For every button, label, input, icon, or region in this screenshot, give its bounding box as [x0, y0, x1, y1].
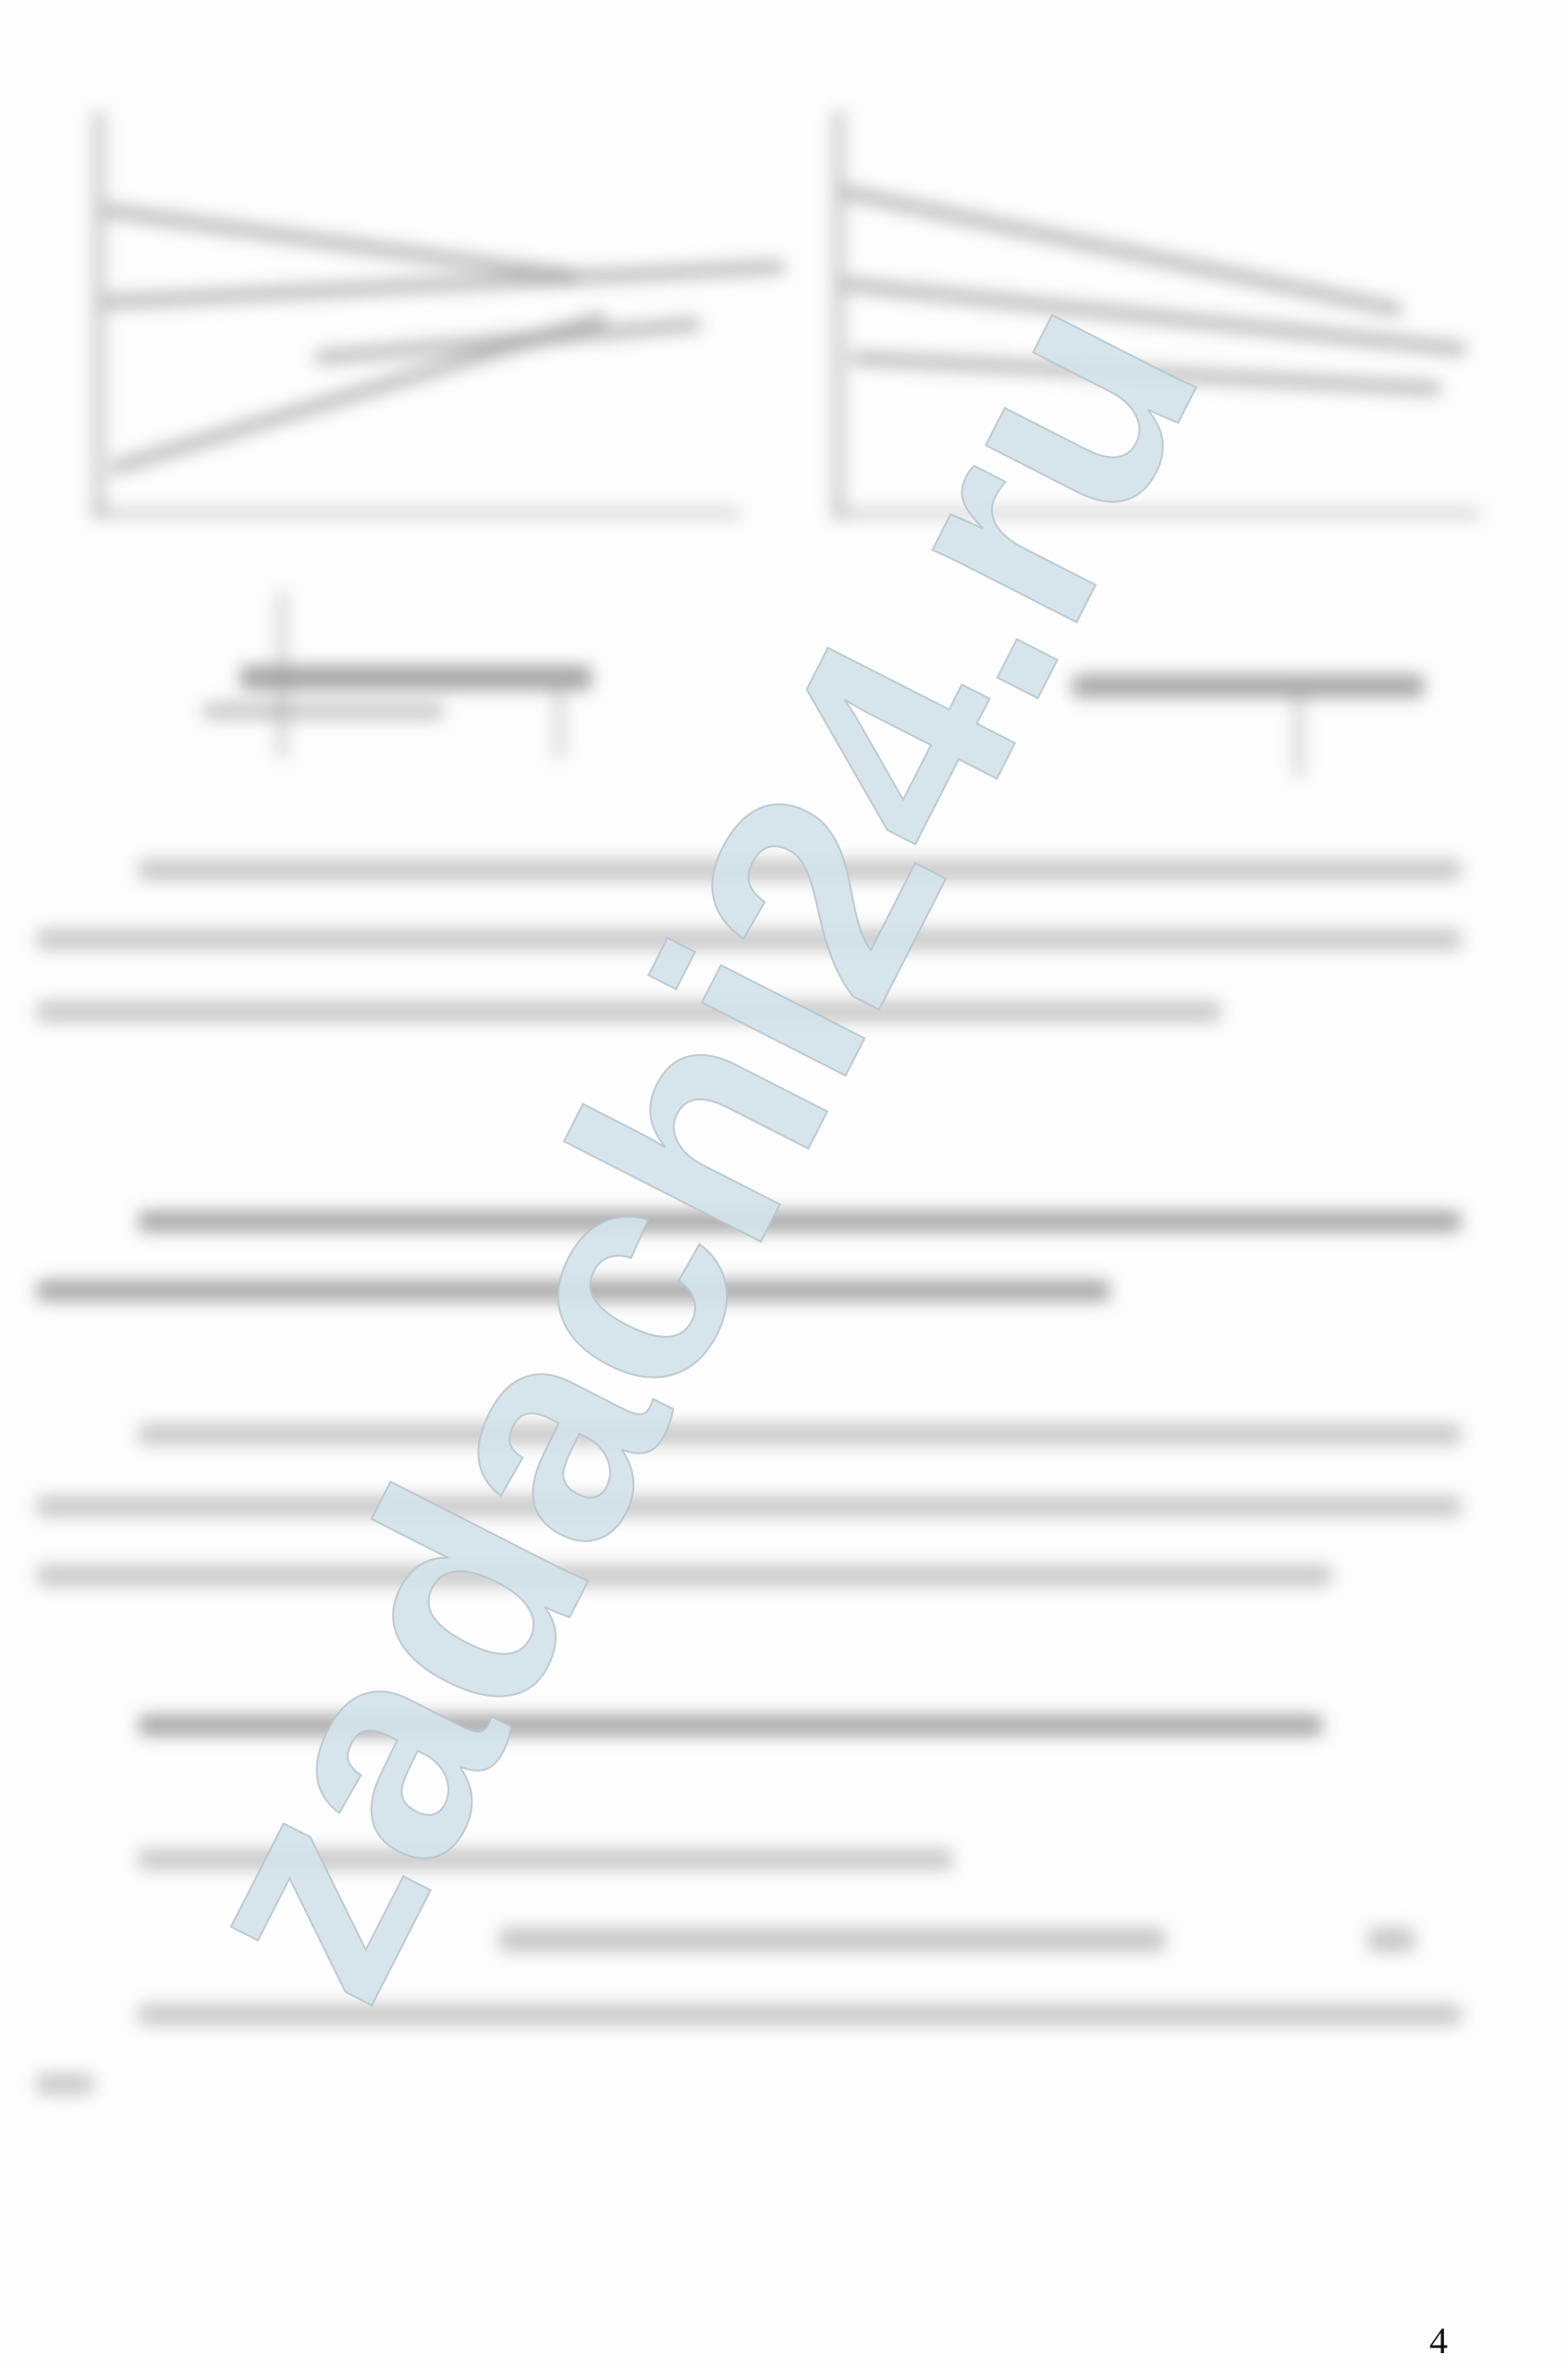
right-graph	[795, 74, 1535, 555]
left-graph	[37, 55, 758, 536]
left-schematic	[148, 573, 647, 795]
document-page: 4 zadachi24.ru	[0, 0, 1568, 2367]
right-schematic	[1017, 592, 1461, 795]
page-number: 4	[1429, 2319, 1448, 2362]
